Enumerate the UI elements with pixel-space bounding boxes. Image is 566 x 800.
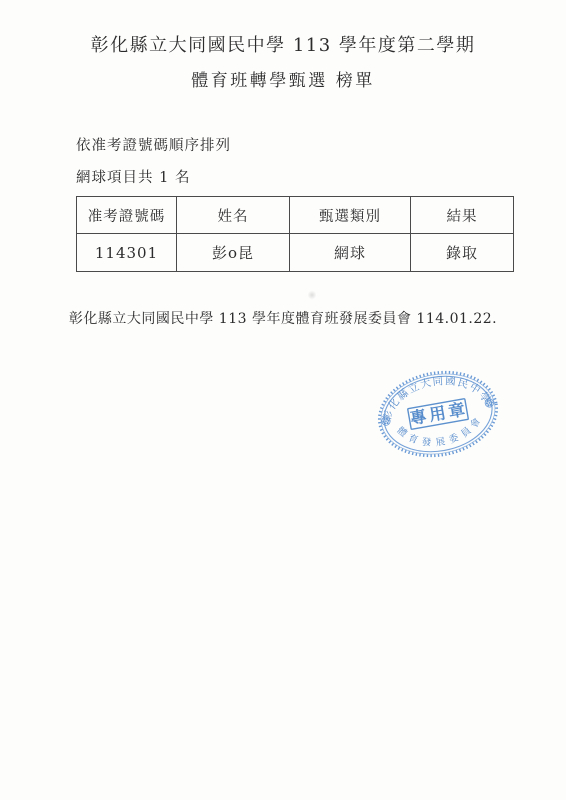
cell-result: 錄取 (411, 234, 514, 272)
document-title-line2: 體育班轉學甄選 榜單 (0, 66, 566, 91)
cell-category: 網球 (290, 234, 411, 272)
results-table: 准考證號碼 姓名 甄選類別 結果 114301 彭o昆 網球 錄取 (76, 196, 514, 272)
cell-name: 彭o昆 (177, 234, 290, 272)
committee-footer: 彰化縣立大同國民中學 113 學年度體育班發展委員會 114.01.22. (0, 308, 566, 328)
table-row: 114301 彭o昆 網球 錄取 (77, 234, 514, 272)
col-header-exam-number: 准考證號碼 (77, 197, 177, 234)
document-title-line1: 彰化縣立大同國民中學 113 學年度第二學期 (0, 31, 566, 57)
table-header-row: 准考證號碼 姓名 甄選類別 結果 (77, 197, 514, 234)
quota-note: 網球項目共 1 名 (76, 166, 190, 187)
document-page: 彰化縣立大同國民中學 113 學年度第二學期 體育班轉學甄選 榜單 依准考證號碼… (0, 0, 566, 800)
col-header-category: 甄選類別 (290, 197, 411, 234)
scan-artifact (308, 290, 316, 300)
col-header-name: 姓名 (177, 197, 290, 234)
col-header-result: 結果 (411, 197, 514, 234)
cell-exam-number: 114301 (77, 234, 177, 272)
official-seal-stamp: 彰化縣立大同國民中學 專用章 體育發展委員會 (368, 362, 508, 466)
sort-order-note: 依准考證號碼順序排列 (76, 134, 231, 155)
